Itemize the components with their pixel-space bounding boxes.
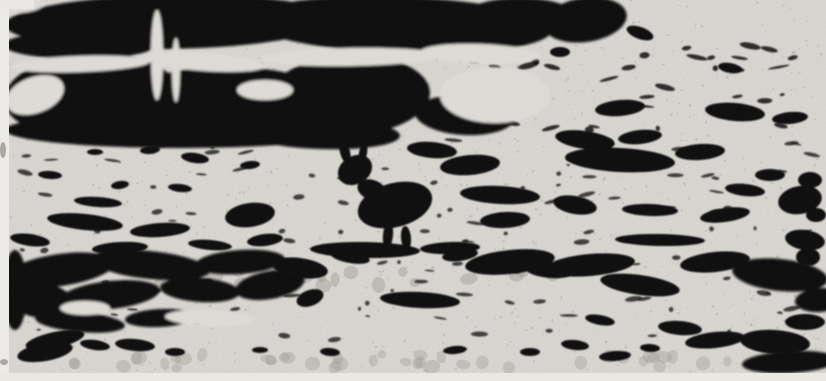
halftone-photo-svg xyxy=(0,0,826,381)
scanned-halftone-photo xyxy=(0,0,826,381)
grain-overlay xyxy=(0,0,826,381)
